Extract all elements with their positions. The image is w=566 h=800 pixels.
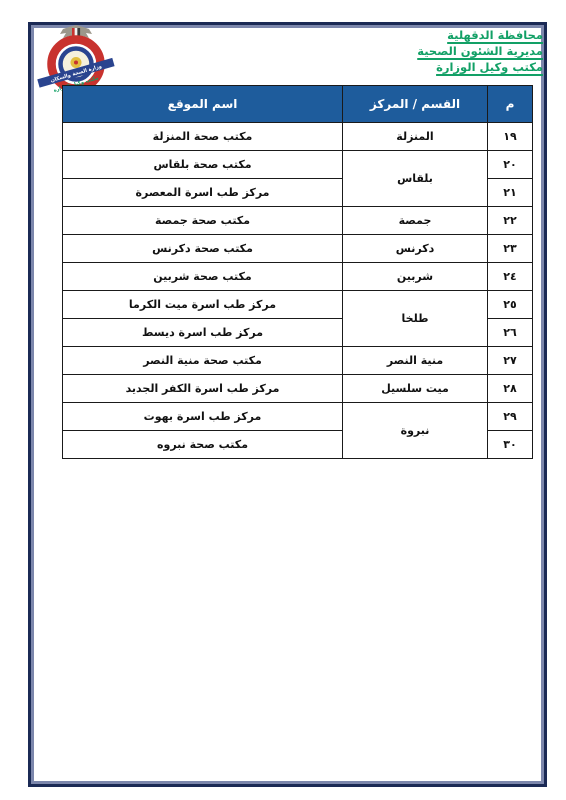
- site-name-cell: مركز طب اسرة المعصرة: [63, 179, 343, 207]
- row-number-cell: ٣٠: [488, 431, 533, 459]
- table-row: ٢٣دكرنسمكتب صحة دكرنس: [63, 235, 533, 263]
- center-name-cell: منية النصر: [343, 347, 488, 375]
- row-number-cell: ٢٢: [488, 207, 533, 235]
- center-name-cell: المنزلة: [343, 123, 488, 151]
- table-row: ٢٩نبروةمركز طب اسرة بهوت: [63, 403, 533, 431]
- site-name-cell: مركز طب اسرة الكفر الجديد: [63, 375, 343, 403]
- table-row: ٢٨ميت سلسيلمركز طب اسرة الكفر الجديد: [63, 375, 533, 403]
- row-number-cell: ٢١: [488, 179, 533, 207]
- table-row: ١٩المنزلةمكتب صحة المنزلة: [63, 123, 533, 151]
- row-number-cell: ٢٠: [488, 151, 533, 179]
- center-name-cell: ميت سلسيل: [343, 375, 488, 403]
- row-number-cell: ٢٥: [488, 291, 533, 319]
- row-number-cell: ١٩: [488, 123, 533, 151]
- row-number-cell: ٢٦: [488, 319, 533, 347]
- column-header-number: م: [488, 86, 533, 123]
- center-name-cell: نبروة: [343, 403, 488, 459]
- table-row: ٢٢جمصةمكتب صحة جمصة: [63, 207, 533, 235]
- letterhead-line-directorate: مديرية الشئون الصحية: [417, 43, 543, 59]
- table-row: ٢٤شربينمكتب صحة شربين: [63, 263, 533, 291]
- table-row: ٢٥طلخامركز طب اسرة ميت الكرما: [63, 291, 533, 319]
- site-name-cell: مركز طب اسرة بهوت: [63, 403, 343, 431]
- table-row: ٢٧منية النصرمكتب صحة منية النصر: [63, 347, 533, 375]
- site-name-cell: مكتب صحة شربين: [63, 263, 343, 291]
- document-page: وزارة الصحة والسكان مكتب وكيل الوزارة مح…: [0, 0, 566, 800]
- site-name-cell: مكتب صحة جمصة: [63, 207, 343, 235]
- row-number-cell: ٢٨: [488, 375, 533, 403]
- center-name-cell: طلخا: [343, 291, 488, 347]
- row-number-cell: ٢٧: [488, 347, 533, 375]
- row-number-cell: ٢٣: [488, 235, 533, 263]
- letterhead: محافظة الدقهلية مديرية الشئون الصحية مكت…: [417, 27, 543, 75]
- site-name-cell: مكتب صحة بلقاس: [63, 151, 343, 179]
- letterhead-line-office: مكتب وكيل الوزارة: [417, 59, 543, 75]
- center-name-cell: دكرنس: [343, 235, 488, 263]
- row-number-cell: ٢٩: [488, 403, 533, 431]
- column-header-site: اسم الموقع: [63, 86, 343, 123]
- site-name-cell: مكتب صحة نبروه: [63, 431, 343, 459]
- center-name-cell: شربين: [343, 263, 488, 291]
- site-name-cell: مركز طب اسرة ميت الكرما: [63, 291, 343, 319]
- column-header-center: القسم / المركز: [343, 86, 488, 123]
- table-row: ٢٠بلقاسمكتب صحة بلقاس: [63, 151, 533, 179]
- health-facilities-table: م القسم / المركز اسم الموقع ١٩المنزلةمكت…: [62, 85, 533, 459]
- center-name-cell: جمصة: [343, 207, 488, 235]
- site-name-cell: مكتب صحة منية النصر: [63, 347, 343, 375]
- letterhead-line-governorate: محافظة الدقهلية: [417, 27, 543, 43]
- table-header-row: م القسم / المركز اسم الموقع: [63, 86, 533, 123]
- site-name-cell: مكتب صحة المنزلة: [63, 123, 343, 151]
- row-number-cell: ٢٤: [488, 263, 533, 291]
- table-body: ١٩المنزلةمكتب صحة المنزلة٢٠بلقاسمكتب صحة…: [63, 123, 533, 459]
- ministry-of-health-emblem: وزارة الصحة والسكان مكتب وكيل الوزارة: [36, 24, 116, 94]
- site-name-cell: مركز طب اسرة ديسط: [63, 319, 343, 347]
- center-name-cell: بلقاس: [343, 151, 488, 207]
- site-name-cell: مكتب صحة دكرنس: [63, 235, 343, 263]
